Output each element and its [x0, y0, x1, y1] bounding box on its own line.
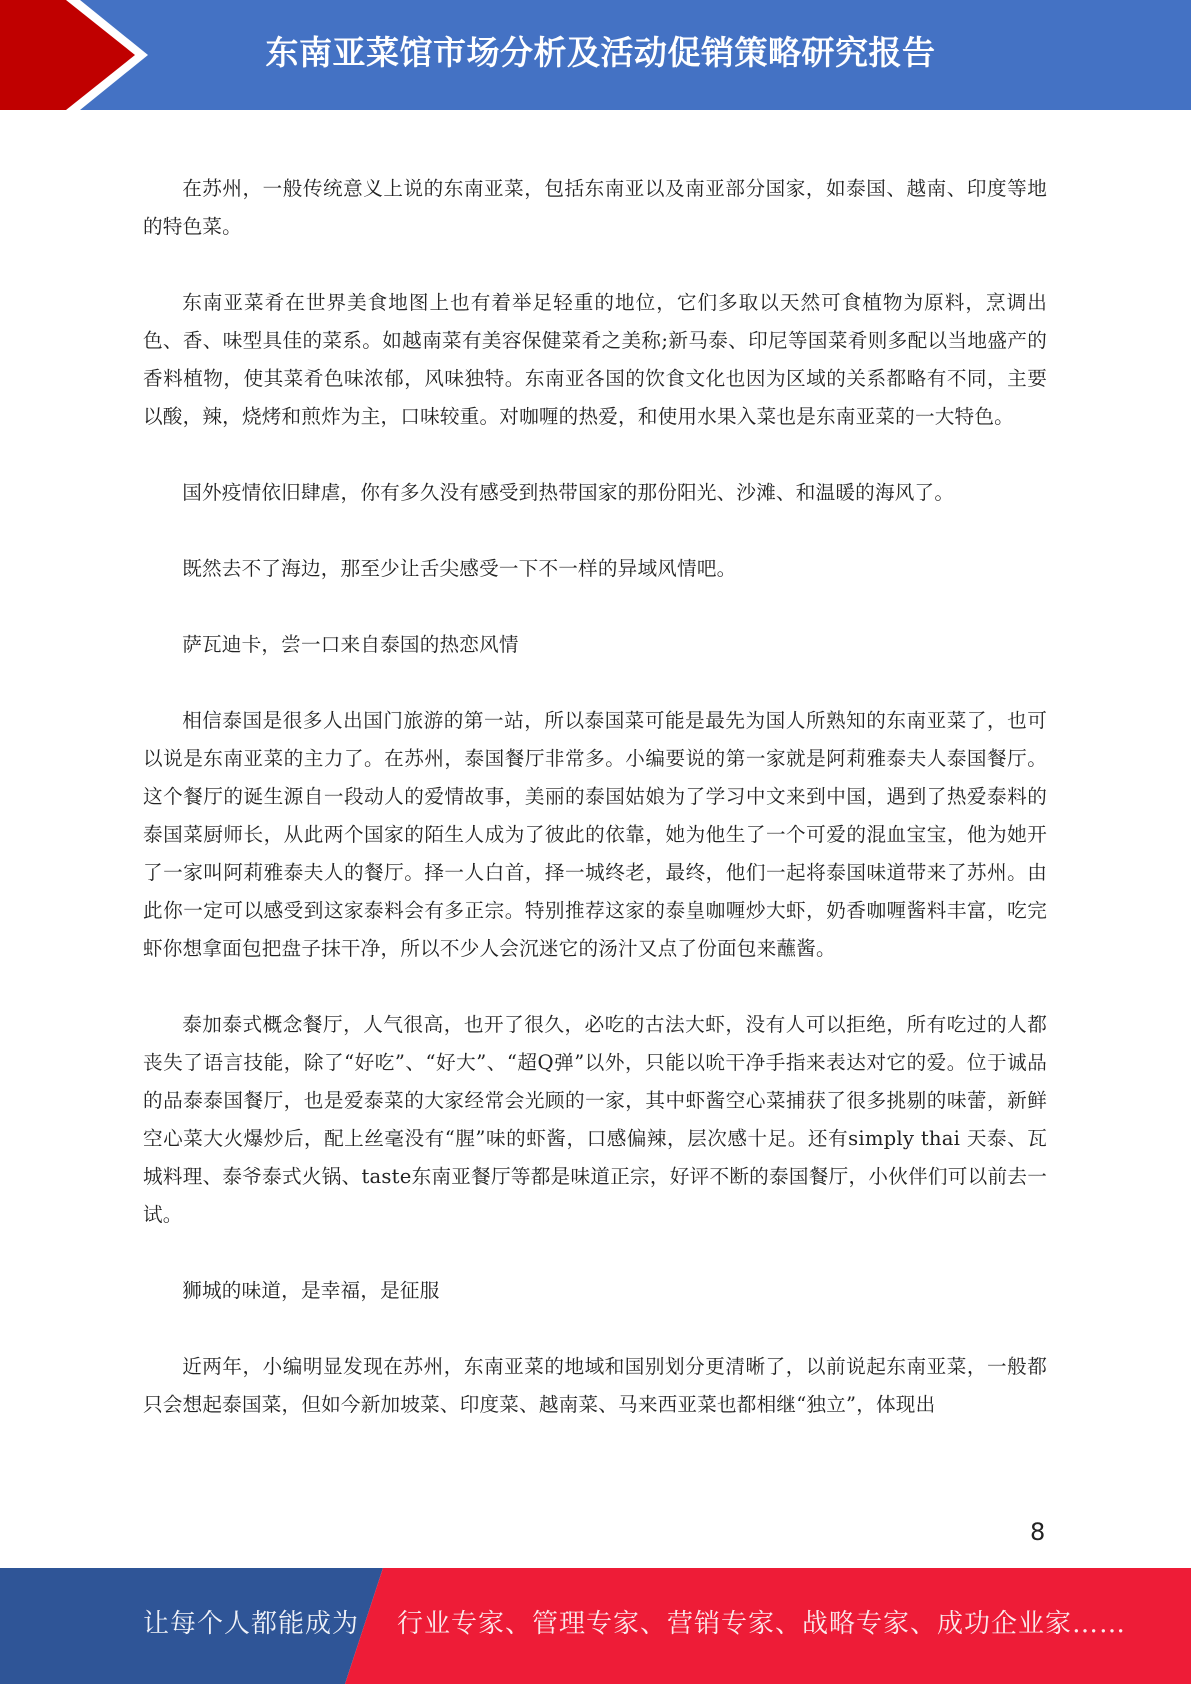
paragraph: 国外疫情依旧肆虐，你有多久没有感受到热带国家的那份阳光、沙滩、和温暖的海风了。	[143, 474, 1047, 512]
page-footer: 让每个人都能成为 行业专家、管理专家、营销专家、战略专家、成功企业家……	[0, 1568, 1191, 1684]
paragraph: 相信泰国是很多人出国门旅游的第一站，所以泰国菜可能是最先为国人所熟知的东南亚菜了…	[143, 702, 1047, 968]
document-body: 在苏州，一般传统意义上说的东南亚菜，包括东南亚以及南亚部分国家，如泰国、越南、印…	[143, 170, 1047, 1462]
footer-slogan-left: 让每个人都能成为	[143, 1606, 359, 1642]
page-header: 东南亚菜馆市场分析及活动促销策略研究报告	[0, 0, 1191, 110]
paragraph: 泰加泰式概念餐厅，人气很高，也开了很久，必吃的古法大虾，没有人可以拒绝，所有吃过…	[143, 1006, 1047, 1234]
document-title: 东南亚菜馆市场分析及活动促销策略研究报告	[180, 26, 1191, 80]
page-number: 8	[1030, 1518, 1045, 1546]
section-heading: 狮城的味道，是幸福，是征服	[143, 1272, 1047, 1310]
paragraph: 在苏州，一般传统意义上说的东南亚菜，包括东南亚以及南亚部分国家，如泰国、越南、印…	[143, 170, 1047, 246]
footer-slogan-right: 行业专家、管理专家、营销专家、战略专家、成功企业家……	[397, 1606, 1126, 1642]
paragraph: 近两年，小编明显发现在苏州，东南亚菜的地域和国别划分更清晰了，以前说起东南亚菜，…	[143, 1348, 1047, 1424]
paragraph: 东南亚菜肴在世界美食地图上也有着举足轻重的地位，它们多取以天然可食植物为原料，烹…	[143, 284, 1047, 436]
paragraph: 既然去不了海边，那至少让舌尖感受一下不一样的异域风情吧。	[143, 550, 1047, 588]
section-heading: 萨瓦迪卡，尝一口来自泰国的热恋风情	[143, 626, 1047, 664]
